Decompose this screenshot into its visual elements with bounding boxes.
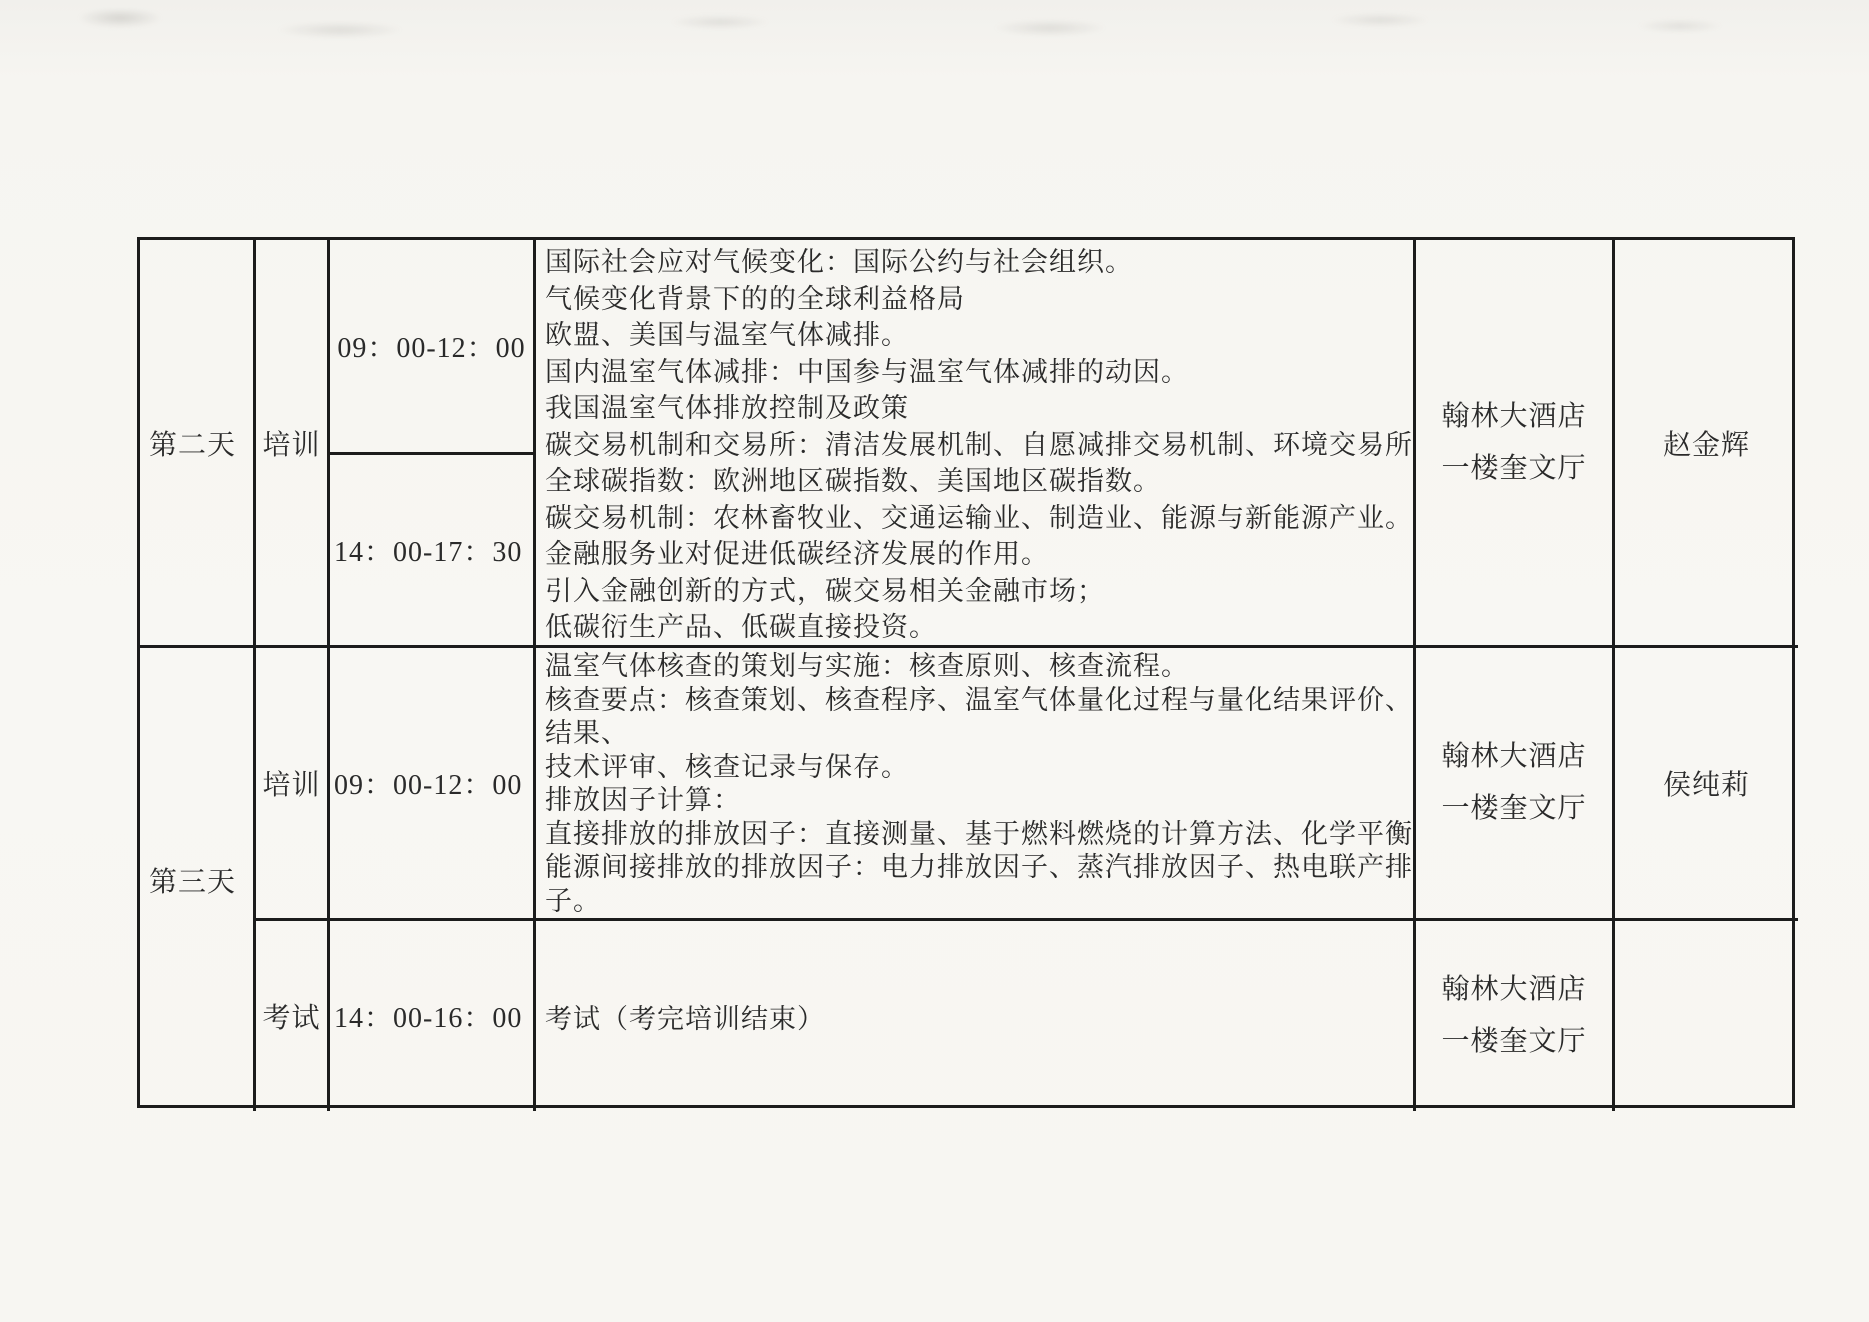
- cell-day3-training-time: 09：00-12：00: [330, 648, 536, 921]
- day2-morning-time: 09：00-12：00: [337, 326, 525, 366]
- content-line: 欧盟、美国与温室气体减排。: [545, 317, 1407, 354]
- day3-training-instructor-name: 侯纯莉: [1663, 763, 1750, 803]
- scanned-document-page: { "colors": { "paper": "#f8f7f3", "ink":…: [0, 0, 1869, 1322]
- cell-day2-morning-time: 09：00-12：00: [330, 240, 536, 455]
- content-line: 温室气体核查的策划与实施：核查原则、核查流程。: [545, 650, 1407, 684]
- cell-day2-course-content: 国际社会应对气候变化：国际公约与社会组织。 气候变化背景下的的全球利益格局 欧盟…: [536, 240, 1416, 648]
- cell-day3-training-instructor: 侯纯莉: [1615, 648, 1798, 921]
- content-line: 我国温室气体排放控制及政策: [545, 390, 1407, 427]
- day2-instructor-name: 赵金辉: [1663, 423, 1750, 463]
- day3-exam-type-label: 考试: [262, 996, 320, 1036]
- content-line: 核查要点：核查策划、核查程序、温室气体量化过程与量化结果评价、核查: [545, 684, 1407, 718]
- content-line: 子。: [545, 885, 1407, 919]
- scan-artifact-smudges: [0, 0, 1869, 90]
- cell-day3-training-type: 培训: [256, 648, 330, 921]
- content-line: 低碳衍生产品、低碳直接投资。: [545, 609, 1407, 646]
- cell-day2-label: 第二天: [140, 240, 256, 648]
- content-line: 能源间接排放的排放因子：电力排放因子、蒸汽排放因子、热电联产排放因: [545, 851, 1407, 885]
- cell-day3-training-content: 温室气体核查的策划与实施：核查原则、核查流程。 核查要点：核查策划、核查程序、温…: [536, 648, 1416, 921]
- day3-training-location-line2: 一楼奎文厅: [1441, 783, 1586, 835]
- content-line: 技术评审、核查记录与保存。: [545, 751, 1407, 785]
- cell-day2-location: 翰林大酒店 一楼奎文厅: [1416, 240, 1615, 648]
- day3-label: 第三天: [149, 860, 253, 900]
- day2-course-content: 国际社会应对气候变化：国际公约与社会组织。 气候变化背景下的的全球利益格局 欧盟…: [536, 240, 1413, 646]
- day3-exam-location-line1: 翰林大酒店: [1441, 964, 1586, 1016]
- content-line: 气候变化背景下的的全球利益格局: [545, 281, 1407, 318]
- day3-training-type-label: 培训: [262, 763, 320, 803]
- content-line: 引入金融创新的方式，碳交易相关金融市场；: [545, 573, 1407, 610]
- day3-exam-location-line2: 一楼奎文厅: [1441, 1016, 1586, 1068]
- content-line: 排放因子计算：: [545, 784, 1407, 818]
- cell-day3-label: 第三天: [140, 648, 256, 1111]
- day2-session-type-label: 培训: [262, 423, 320, 463]
- cell-day3-exam-time: 14：00-16：00: [330, 921, 536, 1111]
- day2-location-line1: 翰林大酒店: [1441, 391, 1586, 443]
- day2-label: 第二天: [149, 423, 253, 463]
- content-line: 金融服务业对促进低碳经济发展的作用。: [545, 536, 1407, 573]
- cell-day2-instructor: 赵金辉: [1615, 240, 1798, 648]
- content-line: 直接排放的排放因子：直接测量、基于燃料燃烧的计算方法、化学平衡法。: [545, 818, 1407, 852]
- content-line: 碳交易机制和交易所：清洁发展机制、自愿减排交易机制、环境交易所。: [545, 427, 1407, 464]
- content-line: 国际社会应对气候变化：国际公约与社会组织。: [545, 244, 1407, 281]
- day3-training-location-line1: 翰林大酒店: [1441, 731, 1586, 783]
- cell-day3-exam-type: 考试: [256, 921, 330, 1111]
- day3-exam-time: 14：00-16：00: [334, 996, 522, 1036]
- cell-day3-exam-instructor-empty: [1615, 921, 1798, 1111]
- day3-exam-content: 考试（考完培训结束）: [545, 997, 1413, 1036]
- cell-day2-session-type: 培训: [256, 240, 330, 648]
- cell-day3-training-location: 翰林大酒店 一楼奎文厅: [1416, 648, 1615, 921]
- cell-day3-exam-content: 考试（考完培训结束）: [536, 921, 1416, 1111]
- day2-afternoon-time: 14：00-17：30: [334, 530, 522, 570]
- cell-day3-exam-location: 翰林大酒店 一楼奎文厅: [1416, 921, 1615, 1111]
- content-line: 结果、: [545, 717, 1407, 751]
- content-line: 碳交易机制：农林畜牧业、交通运输业、制造业、能源与新能源产业。: [545, 500, 1407, 537]
- cell-day2-afternoon-time: 14：00-17：30: [330, 455, 536, 648]
- content-line: 国内温室气体减排：中国参与温室气体减排的动因。: [545, 354, 1407, 391]
- day2-location-line2: 一楼奎文厅: [1441, 443, 1586, 495]
- day3-training-content: 温室气体核查的策划与实施：核查原则、核查流程。 核查要点：核查策划、核查程序、温…: [536, 648, 1413, 918]
- content-line: 全球碳指数：欧洲地区碳指数、美国地区碳指数。: [545, 463, 1407, 500]
- training-schedule-table: 第二天 培训 09：00-12：00 14：00-17：30 国际社会应对气候变…: [137, 237, 1795, 1108]
- day3-training-time: 09：00-12：00: [334, 763, 522, 803]
